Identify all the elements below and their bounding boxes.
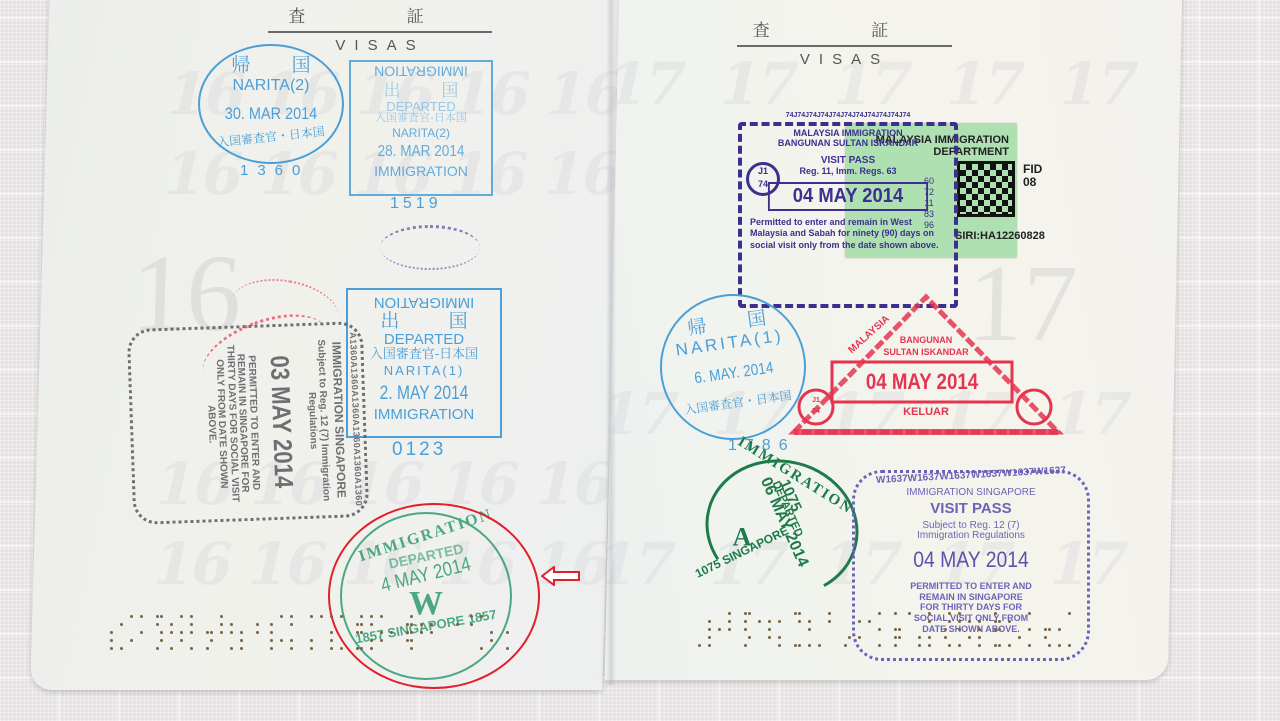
- stamp-date: 04 MAY 2014: [869, 548, 1073, 571]
- stamp-date: 30. MAR 2014: [211, 105, 332, 123]
- stamp-date: 04 MAY 2014: [768, 182, 928, 211]
- stamp-number: 1519: [390, 196, 442, 213]
- stamp-port: NARITA(2): [200, 78, 342, 95]
- perforated-passport-number-right: [698, 612, 1098, 652]
- arrow-left-icon: [541, 566, 581, 586]
- stamp-title: IMMIGRATION SINGAPORE: [329, 325, 348, 515]
- header-kanji: 査 証: [268, 2, 492, 27]
- qr-code-icon: [957, 161, 1015, 217]
- stamp-narita-departed-2: IMMIGRATION 出 国 DEPARTED 入国審査官-日本国 NARIT…: [349, 60, 493, 196]
- stamp-number: 0123: [392, 440, 446, 460]
- stamp-bottom: IMMIGRATION: [348, 407, 500, 423]
- stamp-malaysia-exit: MALAYSIA BANGUNAN SULTAN ISKANDAR 04 MAY…: [786, 292, 1066, 442]
- stamp-border-text: A1360A1360A1360A1360A1360A1360: [347, 324, 363, 514]
- stamp-narita-departed-1: IMMIGRATION 出 国 DEPARTED 入国審査官-日本国 NARIT…: [346, 288, 502, 438]
- stamp-line2: 入国審査官-日本国: [348, 347, 500, 361]
- header-rule: [268, 31, 492, 33]
- stamp-line2: SULTAN ISKANDAR: [786, 348, 1066, 357]
- header-kanji: 査 証: [737, 16, 952, 41]
- sticker-side-text: FID 08: [1023, 163, 1042, 188]
- stamp-side-numbers: 60 72 11 83 96: [924, 176, 934, 231]
- stamp-reg2: Immigration Regulations: [855, 531, 1087, 542]
- stamp-kanji: 出 国: [351, 82, 491, 100]
- stamp-line2: BANGUNAN SULTAN ISKANDAR: [742, 139, 954, 148]
- stamp-subtitle: VISIT PASS: [855, 501, 1087, 517]
- perforated-passport-number-left: [110, 615, 530, 655]
- passport-spine: [606, 0, 616, 685]
- stamp-top: IMMIGRATION: [348, 294, 500, 310]
- stamp-seal: J1 74: [801, 395, 831, 417]
- stamp-footer: 入国審査官・日本国: [200, 123, 343, 150]
- stamp-bottom: IMMIGRATION: [351, 164, 491, 179]
- stamp-kanji: 帰 国: [200, 56, 342, 76]
- stamp-date: 2. MAY 2014: [362, 384, 487, 404]
- stamp-port: NARITA(1): [348, 364, 500, 378]
- stamp-number: 1360: [240, 163, 309, 179]
- stamp-date: 04 MAY 2014: [846, 370, 999, 393]
- ink-splatter: [380, 225, 480, 270]
- header-rule: [737, 45, 952, 47]
- left-page-header: 査 証 VISAS: [268, 2, 492, 54]
- stamp-date: 28. MAR 2014: [362, 144, 481, 161]
- stamp-border-text: 74J74J74J74J74J74J74J74J74J74J74: [742, 112, 954, 119]
- highlight-circle: [328, 503, 540, 689]
- header-visas: VISAS: [737, 51, 952, 68]
- stamp-kanji: 出 国: [348, 312, 500, 332]
- stamp-narita-return-2: 帰 国 NARITA(2) 30. MAR 2014 入国審査官・日本国: [198, 44, 344, 164]
- stamp-line1: BANGUNAN: [786, 336, 1066, 345]
- sticker-serial: SIRI:HA12260828: [955, 231, 1045, 243]
- stamp-body: Permitted to enter and remain in West Ma…: [742, 217, 954, 251]
- stamp-line2: 入国審査官-日本国: [351, 113, 491, 125]
- stamp-title: IMMIGRATION SINGAPORE: [855, 488, 1087, 499]
- stamp-top: IMMIGRATION: [351, 64, 491, 79]
- right-page-header: 査 証 VISAS: [737, 16, 952, 68]
- stamp-port: NARITA(2): [351, 127, 491, 140]
- stamp-date: 6. MAY. 2014: [673, 357, 795, 390]
- stamp-line1: DEPARTED: [348, 332, 500, 348]
